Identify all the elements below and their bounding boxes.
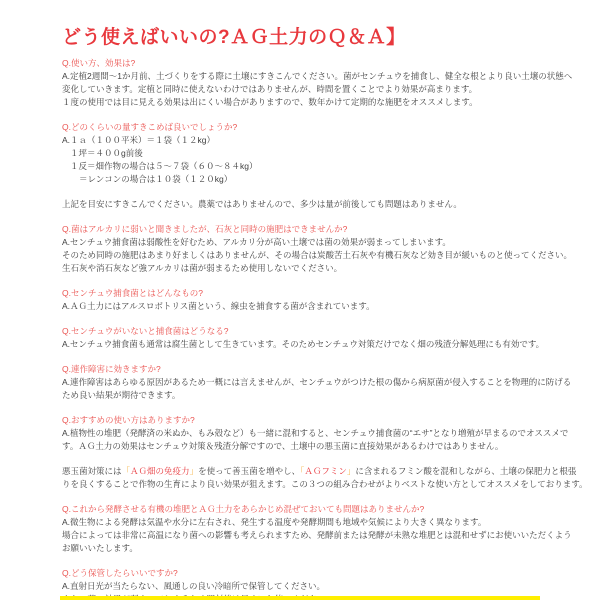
question-line: Q.連作障害に効きますか? <box>62 363 544 376</box>
qa-block-usage: Q.使い方、効果は? A.定植2週間〜1か月前、土づくりをする際に土壌にすきこん… <box>62 57 544 109</box>
note-line: 上記を目安にすきこんでください。農薬ではありませんので、多少は量が前後しても問題… <box>62 198 544 211</box>
qa-block-what-fungus: Q.センチュウ捕食菌とはどんなもの? A.ＡＧ土力にはアルスロボトリス菌という、… <box>62 287 544 313</box>
question-line: Q.どう保管したらいいですか? <box>62 567 544 580</box>
promo-text: 悪玉菌対策には <box>62 466 122 476</box>
qa-block-no-nematode: Q.センチュウがいないと捕食菌はどうなる? A.センチュウ捕食菌も通常は腐生菌と… <box>62 325 544 351</box>
answer-line: A.センチュウ捕食菌は弱酸性を好むため、アルカリ分が高い土壌では菌の効果が弱まっ… <box>62 236 544 249</box>
qa-block-amount: Q.どのくらいの量すきこめば良いでしょうか? A.１ａ（１００平米）＝１袋（１２… <box>62 121 544 186</box>
answer-line: A.植物性の堆肥（発酵済の米ぬか、もみ殻など）も一緒に混和すると、センチュウ捕食… <box>62 427 544 440</box>
promo-line: 悪玉菌対策には「ＡＧ畑の免疫力」を使って善玉菌を増やし、「ＡＧフミン」に含まれる… <box>62 465 544 478</box>
answer-line: A.定植2週間〜1か月前、土づくりをする際に土壌にすきこんでください。菌がセンチ… <box>62 70 544 83</box>
answer-line: A.センチュウ捕食菌も通常は腐生菌として生きています。そのためセンチュウ対策だけ… <box>62 338 544 351</box>
answer-line: お願いいたします。 <box>62 542 544 555</box>
answer-line: A.連作障害はあらゆる原因があるため一概には言えませんが、センチュウがつけた根の… <box>62 376 544 389</box>
answer-line: １度の使用では目に見える効果は出にくい場合がありますので、数年かけて定期的な施肥… <box>62 96 544 109</box>
open-bracket: 「 <box>122 466 131 476</box>
answer-line: A.ＡＧ土力にはアルスロボトリス菌という、線虫を捕食する菌が含まれています。 <box>62 300 544 313</box>
answer-line: 生石灰や消石灰など強アルカリは菌が弱まるため使用しないでください。 <box>62 262 544 275</box>
question-line: Q.センチュウ捕食菌とはどんなもの? <box>62 287 544 300</box>
answer-line: ため良い結果が期待できます。 <box>62 389 544 402</box>
answer-line: A.直射日光が当たらない、風通しの良い冷暗所で保管してください。 <box>62 580 544 593</box>
answer-line: １反＝畑作物の場合は５〜７袋（６０〜８４kg） <box>62 160 544 173</box>
answer-line: ＝レンコンの場合は１０袋（１２０kg） <box>62 173 544 186</box>
qa-block-recommended-use: Q.おすすめの使い方はありますか? A.植物性の堆肥（発酵済の米ぬか、もみ殻など… <box>62 414 544 453</box>
answer-line: 変化していきます。定植と同時に使えないわけではありませんが、時間を置くことでより… <box>62 83 544 96</box>
qa-block-alkali: Q.菌はアルカリに弱いと聞きましたが、石灰と同時の施肥はできませんか? A.セン… <box>62 223 544 275</box>
qa-block-replant-failure: Q.連作障害に効きますか? A.連作障害はあらゆる原因があるため一概には言えませ… <box>62 363 544 402</box>
answer-line: １坪＝４００g前後 <box>62 147 544 160</box>
question-line: Q.センチュウがいないと捕食菌はどうなる? <box>62 325 544 338</box>
answer-line: 場合によっては非常に高温になり菌への影響も考えられますため、発酵前または発酵が未… <box>62 529 544 542</box>
note-paragraph: 上記を目安にすきこんでください。農薬ではありませんので、多少は量が前後しても問題… <box>62 198 544 211</box>
answer-line: A.微生物による発酵は気温や水分に左右され、発生する温度や発酵期間も地域や気候に… <box>62 516 544 529</box>
page-title: どう使えばいいの?ＡＧ土力のＱ＆Ａ】 <box>62 22 544 49</box>
product-name-humin: ＡＧフミン <box>304 466 347 476</box>
question-line: Q.これから発酵させる有機の堆肥とＡＧ土力をあらかじめ混ぜておいても問題はありま… <box>62 503 544 516</box>
answer-line: す。ＡＧ土力の効果はセンチュウ対策＆残渣分解ですので、土壌中の悪玉菌に直接効果が… <box>62 440 544 453</box>
question-line: Q.菌はアルカリに弱いと聞きましたが、石灰と同時の施肥はできませんか? <box>62 223 544 236</box>
qa-block-compost-mixing: Q.これから発酵させる有機の堆肥とＡＧ土力をあらかじめ混ぜておいても問題はありま… <box>62 503 544 555</box>
answer-line: そのため同時の施肥はあまり好ましくはありませんが、その場合は炭酸苦土石灰や有機石… <box>62 249 544 262</box>
question-line: Q.おすすめの使い方はありますか? <box>62 414 544 427</box>
product-name-immunity: ＡＧ畑の免疫力 <box>130 466 190 476</box>
answer-line: A.１ａ（１００平米）＝１袋（１２kg） <box>62 134 544 147</box>
close-bracket: 」 <box>190 466 199 476</box>
question-line: Q.どのくらいの量すきこめば良いでしょうか? <box>62 121 544 134</box>
qa-document: どう使えばいいの?ＡＧ土力のＱ＆Ａ】 Q.使い方、効果は? A.定植2週間〜1か… <box>0 0 600 600</box>
promo-text: を使って善玉菌を増やし、 <box>198 466 300 476</box>
promo-text: に含まれるフミン酸を混和しながら、土壌の保肥力と根張 <box>355 466 576 476</box>
bottom-accent-bar <box>60 596 540 600</box>
promo-paragraph: 悪玉菌対策には「ＡＧ畑の免疫力」を使って善玉菌を増やし、「ＡＧフミン」に含まれる… <box>62 465 544 491</box>
question-line: Q.使い方、効果は? <box>62 57 544 70</box>
promo-line: りを良くすることで作物の生育により良い効果が狙えます。この３つの組み合わせがより… <box>62 478 544 491</box>
